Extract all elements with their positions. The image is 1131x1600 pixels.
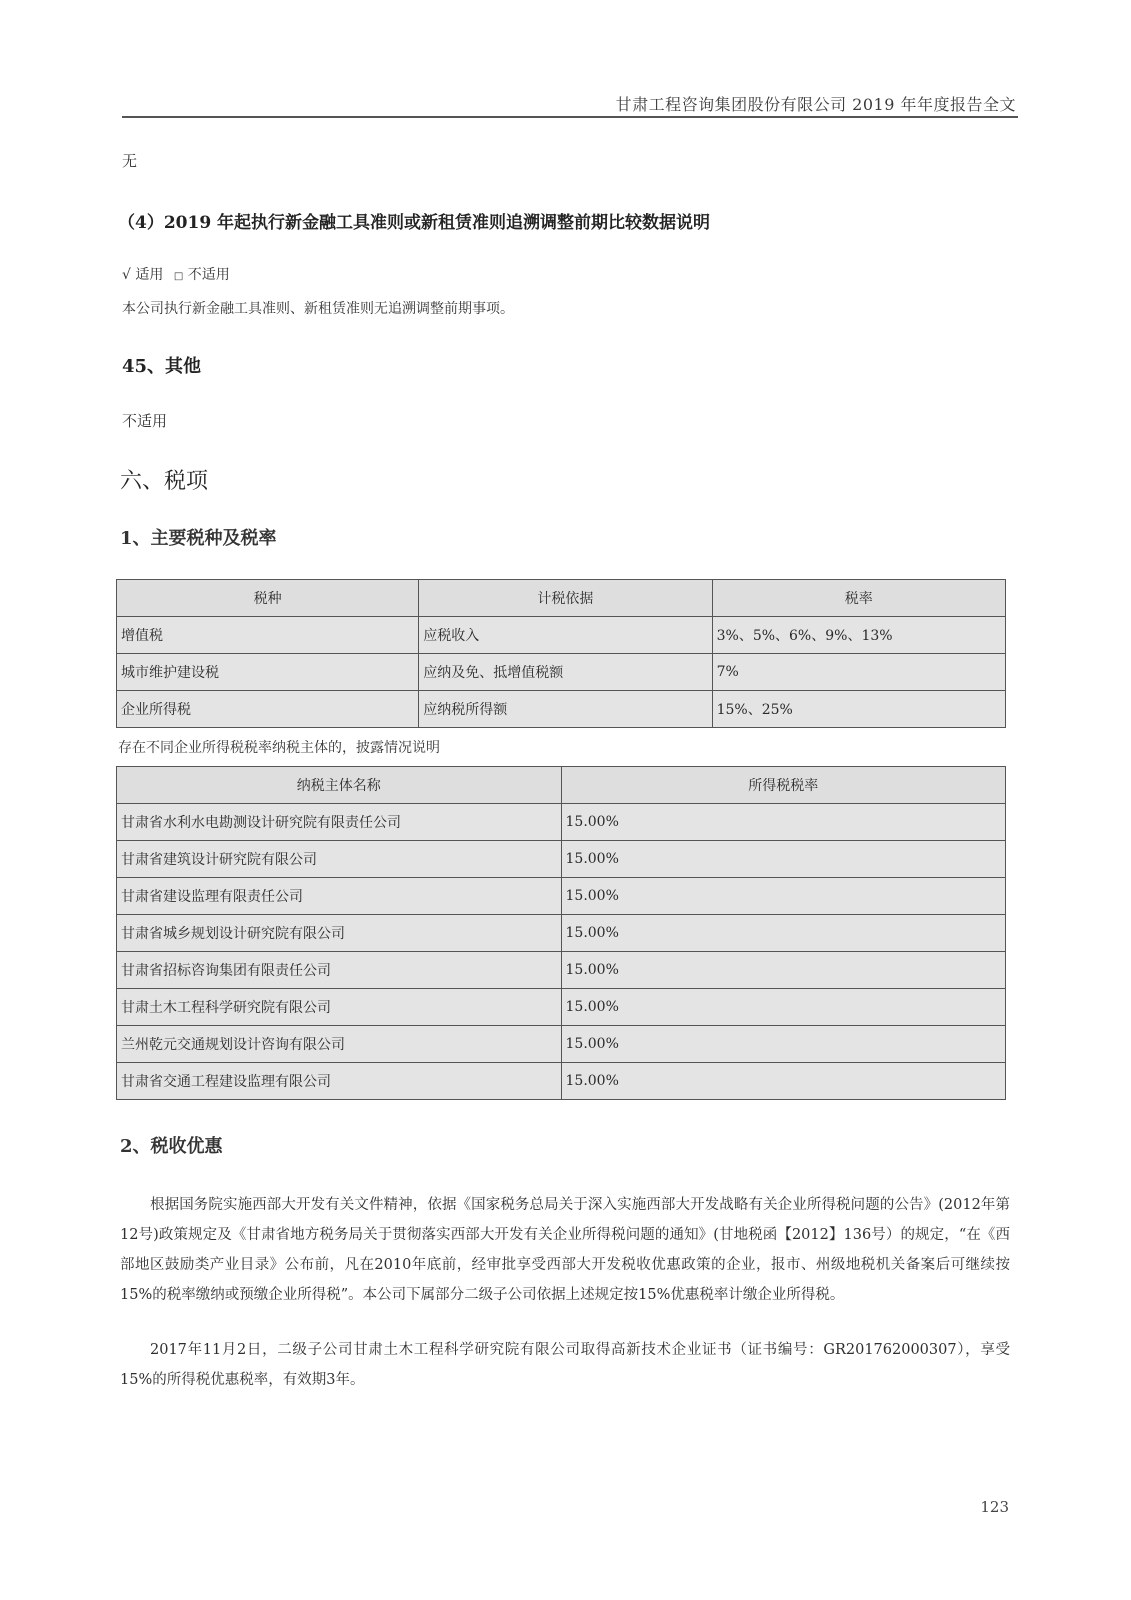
header-tax-basis: 计税依据 xyxy=(419,580,712,617)
cell-tax-basis: 应纳及免、抵增值税额 xyxy=(419,654,712,691)
table-header-row: 税种 计税依据 税率 xyxy=(117,580,1006,617)
table-row: 甘肃土木工程科学研究院有限公司 15.00% xyxy=(117,989,1006,1026)
not-applicable-label: 不适用 xyxy=(188,267,230,283)
cell-entity-rate: 15.00% xyxy=(561,952,1006,989)
header-entity-name: 纳税主体名称 xyxy=(117,767,562,804)
cell-entity-name: 甘肃省建设监理有限责任公司 xyxy=(117,878,562,915)
table-row: 甘肃省城乡规划设计研究院有限公司 15.00% xyxy=(117,915,1006,952)
header-divider xyxy=(122,116,1018,118)
entity-disclosure-note: 存在不同企业所得税税率纳税主体的，披露情况说明 xyxy=(118,737,440,757)
table-row: 企业所得税 应纳税所得额 15%、25% xyxy=(117,691,1006,728)
main-tax-table: 税种 计税依据 税率 增值税 应税收入 3%、5%、6%、9%、13% 城市维护… xyxy=(116,579,1006,728)
table-row: 甘肃省交通工程建设监理有限公司 15.00% xyxy=(117,1063,1006,1100)
cell-tax-basis: 应税收入 xyxy=(419,617,712,654)
table-row: 城市维护建设税 应纳及免、抵增值税额 7% xyxy=(117,654,1006,691)
checkmark-icon: √ xyxy=(122,267,131,283)
table-row: 甘肃省建设监理有限责任公司 15.00% xyxy=(117,878,1006,915)
entity-tax-table: 纳税主体名称 所得税税率 甘肃省水利水电勘测设计研究院有限责任公司 15.00%… xyxy=(116,766,1006,1100)
cell-entity-name: 甘肃省建筑设计研究院有限公司 xyxy=(117,841,562,878)
cell-entity-rate: 15.00% xyxy=(561,841,1006,878)
table-row: 甘肃省建筑设计研究院有限公司 15.00% xyxy=(117,841,1006,878)
cell-tax-type: 城市维护建设税 xyxy=(117,654,419,691)
cell-entity-name: 甘肃土木工程科学研究院有限公司 xyxy=(117,989,562,1026)
cell-entity-name: 兰州乾元交通规划设计咨询有限公司 xyxy=(117,1026,562,1063)
tax-incentive-paragraph-2: 2017年11月2日，二级子公司甘肃土木工程科学研究院有限公司取得高新技术企业证… xyxy=(120,1335,1010,1395)
cell-entity-rate: 15.00% xyxy=(561,989,1006,1026)
cell-entity-name: 甘肃省城乡规划设计研究院有限公司 xyxy=(117,915,562,952)
table-row: 甘肃省水利水电勘测设计研究院有限责任公司 15.00% xyxy=(117,804,1006,841)
section-4-text: 本公司执行新金融工具准则、新租赁准则无追溯调整前期事项。 xyxy=(122,298,514,318)
table-row: 甘肃省招标咨询集团有限责任公司 15.00% xyxy=(117,952,1006,989)
header-income-tax-rate: 所得税税率 xyxy=(561,767,1006,804)
cell-tax-type: 企业所得税 xyxy=(117,691,419,728)
subsection-1-heading: 1、主要税种及税率 xyxy=(120,524,277,550)
cell-tax-rate: 7% xyxy=(712,654,1005,691)
report-header-title: 甘肃工程咨询集团股份有限公司 2019 年年度报告全文 xyxy=(616,92,1016,115)
subsection-2-heading: 2、税收优惠 xyxy=(120,1132,223,1158)
page-number: 123 xyxy=(980,1498,1009,1516)
cell-entity-rate: 15.00% xyxy=(561,915,1006,952)
tax-incentive-paragraph-1: 根据国务院实施西部大开发有关文件精神，依据《国家税务总局关于深入实施西部大开发战… xyxy=(120,1190,1010,1310)
cell-tax-type: 增值税 xyxy=(117,617,419,654)
header-tax-type: 税种 xyxy=(117,580,419,617)
cell-entity-rate: 15.00% xyxy=(561,1026,1006,1063)
section-4-heading: （4）2019 年起执行新金融工具准则或新租赁准则追溯调整前期比较数据说明 xyxy=(118,208,710,233)
cell-entity-name: 甘肃省招标咨询集团有限责任公司 xyxy=(117,952,562,989)
cell-tax-rate: 15%、25% xyxy=(712,691,1005,728)
applicability-line: √ 适用 □ 不适用 xyxy=(122,264,230,284)
none-text: 无 xyxy=(122,150,137,171)
checkbox-empty-icon: □ xyxy=(174,271,183,282)
cell-tax-rate: 3%、5%、6%、9%、13% xyxy=(712,617,1005,654)
header-tax-rate: 税率 xyxy=(712,580,1005,617)
cell-entity-name: 甘肃省交通工程建设监理有限公司 xyxy=(117,1063,562,1100)
applicable-label: 适用 xyxy=(135,267,163,283)
cell-tax-basis: 应纳税所得额 xyxy=(419,691,712,728)
cell-entity-rate: 15.00% xyxy=(561,1063,1006,1100)
chapter-6-heading: 六、税项 xyxy=(120,464,208,495)
section-45-text: 不适用 xyxy=(122,410,167,431)
cell-entity-name: 甘肃省水利水电勘测设计研究院有限责任公司 xyxy=(117,804,562,841)
table-header-row: 纳税主体名称 所得税税率 xyxy=(117,767,1006,804)
cell-entity-rate: 15.00% xyxy=(561,804,1006,841)
section-45-heading: 45、其他 xyxy=(122,352,201,378)
table-row: 兰州乾元交通规划设计咨询有限公司 15.00% xyxy=(117,1026,1006,1063)
cell-entity-rate: 15.00% xyxy=(561,878,1006,915)
table-row: 增值税 应税收入 3%、5%、6%、9%、13% xyxy=(117,617,1006,654)
